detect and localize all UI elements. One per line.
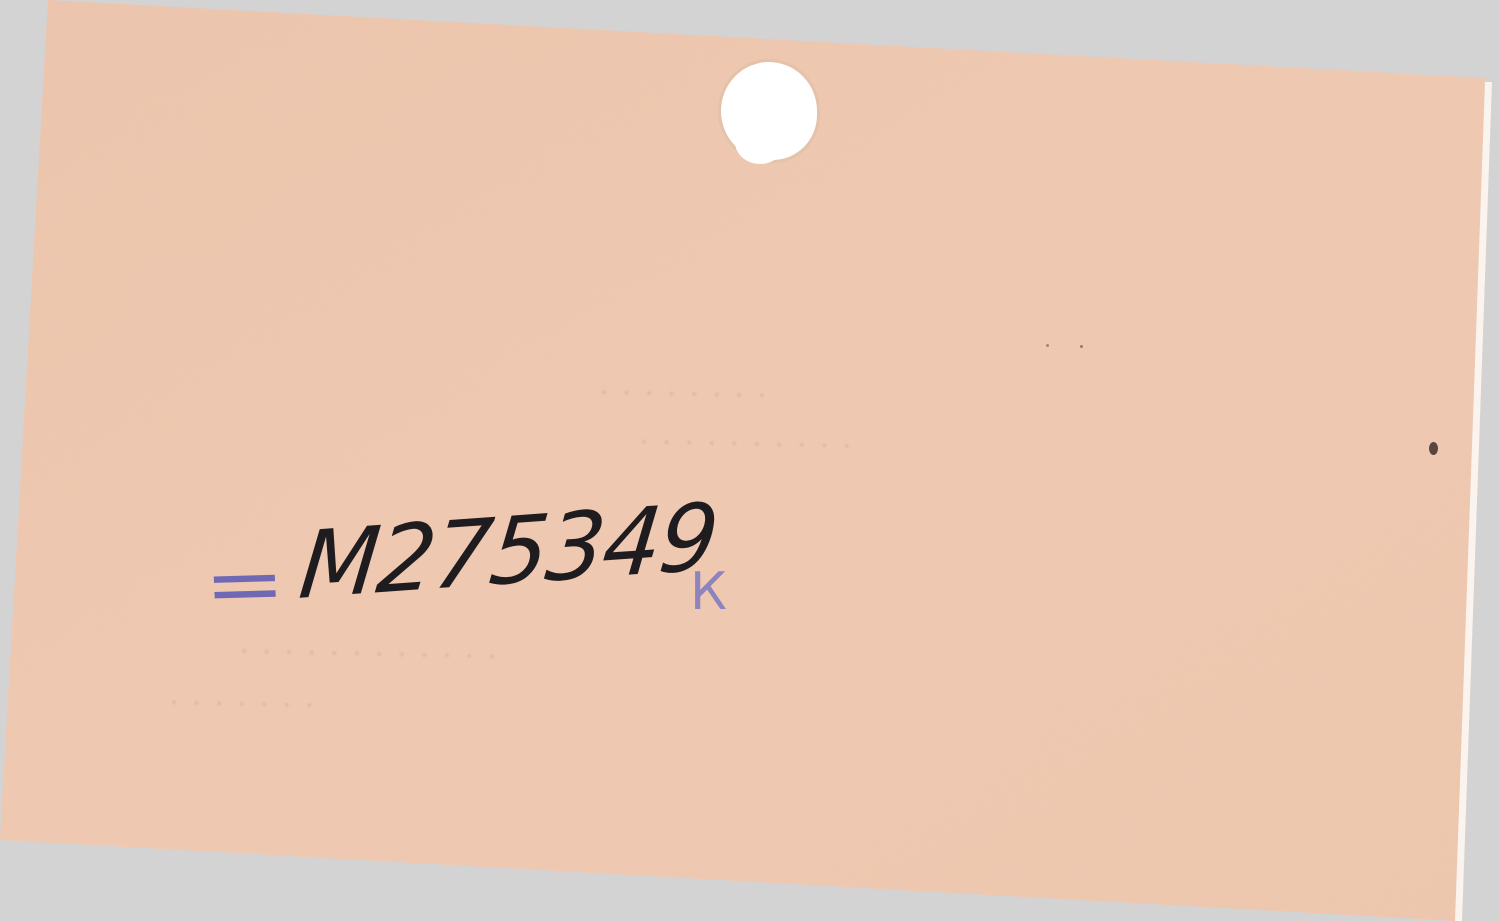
bleed-through-line: · · · · · · ·: [170, 688, 317, 721]
ink-speck: [1046, 344, 1049, 347]
bleed-through-line: · · · · · · · · · ·: [640, 428, 855, 462]
catalog-card: · · · · · · · · · · · · · · · · · · · · …: [0, 0, 1499, 921]
prefix-mark: =: [202, 539, 288, 631]
ink-speck: [1080, 345, 1083, 348]
bleed-through-line: · · · · · · · · · · · ·: [240, 637, 500, 672]
annotation-letter: К: [690, 562, 727, 622]
ink-speck: [1429, 442, 1438, 455]
punch-hole: [721, 62, 817, 160]
bleed-through-line: · · · · · · · ·: [600, 378, 770, 412]
